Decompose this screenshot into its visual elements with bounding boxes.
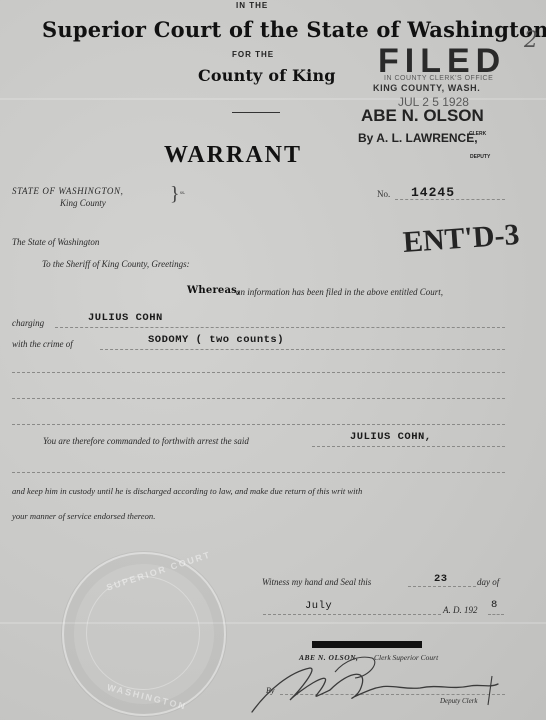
handwritten-signature [0,0,546,720]
warrant-document: IN THE Superior Court of the State of Wa… [0,0,546,720]
